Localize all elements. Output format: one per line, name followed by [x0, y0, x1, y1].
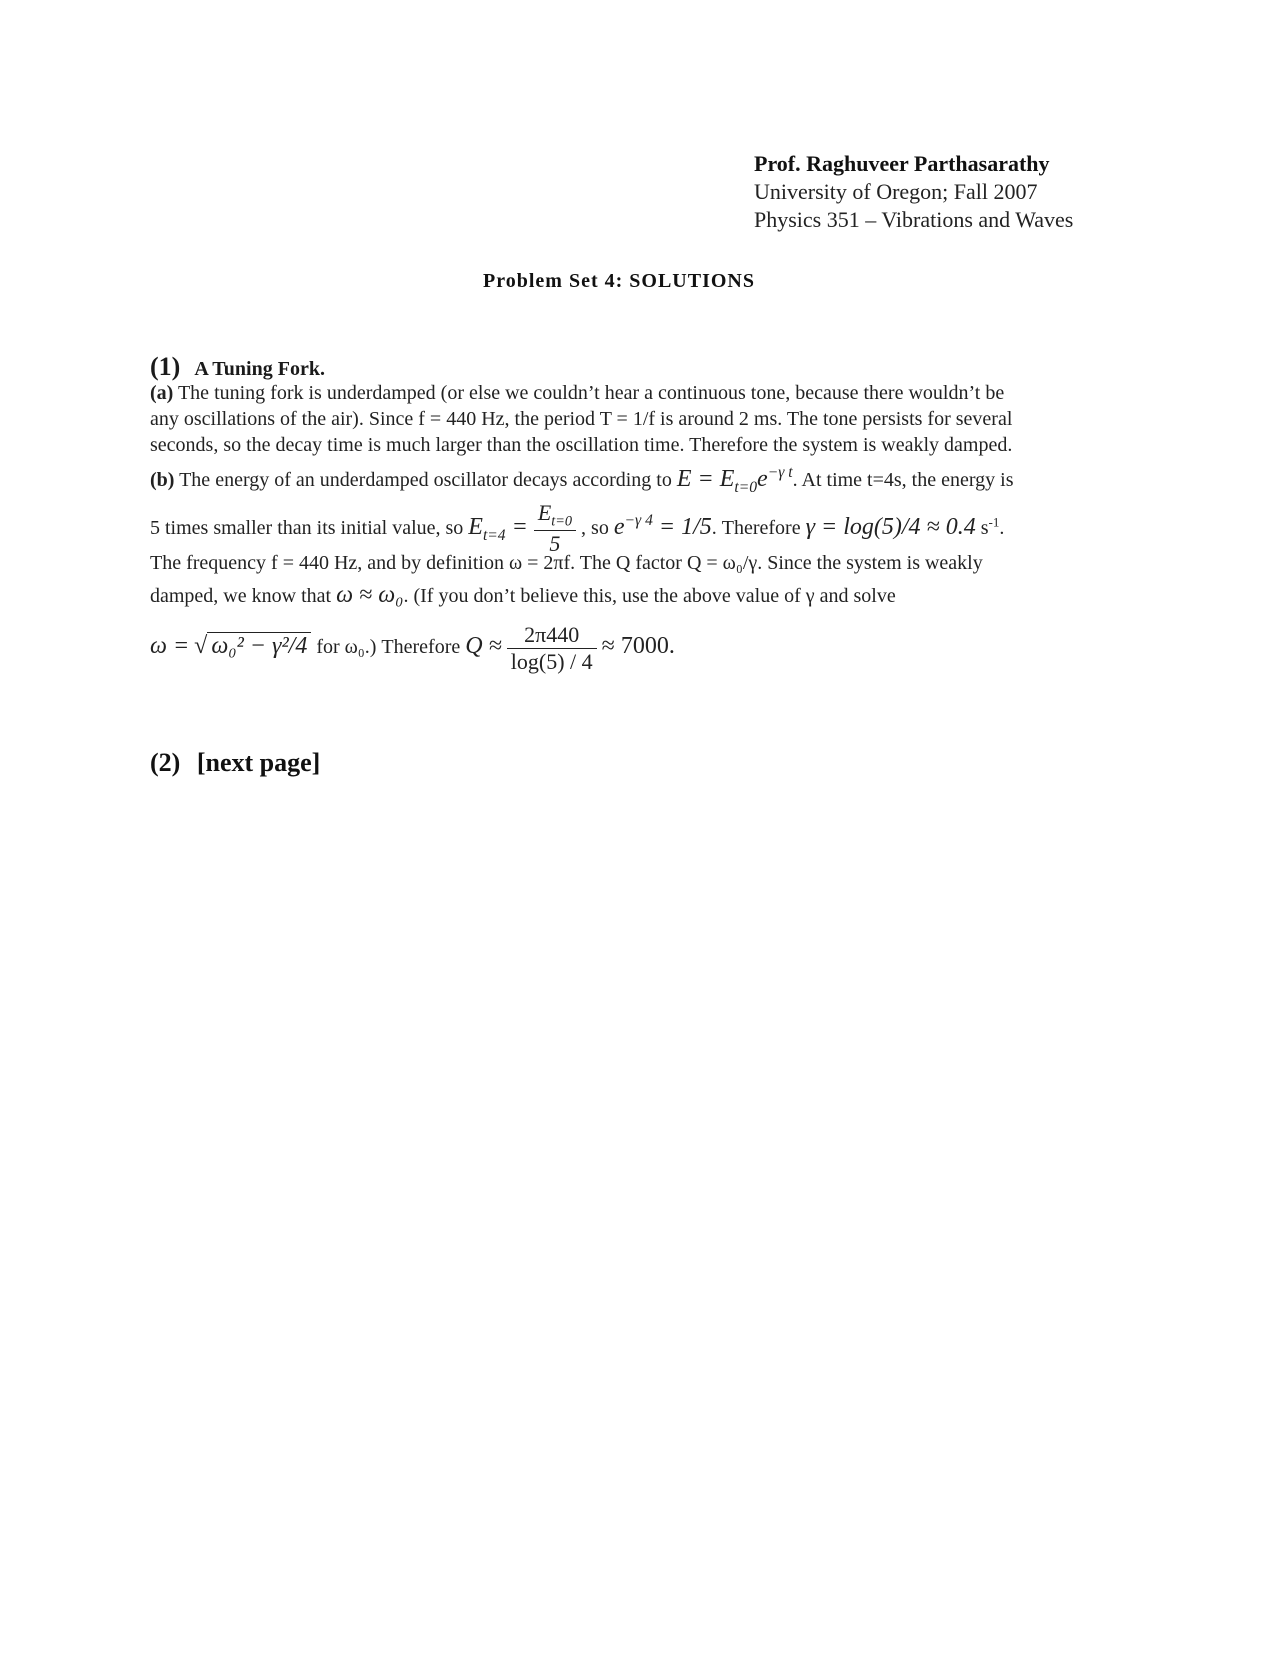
part-b-line-2: 5 times smaller than its initial value, …: [150, 500, 1004, 557]
omega-radicand: ω₀² − γ²/4: [207, 632, 311, 660]
part-b-text-1b: . At time t=4s, the energy is: [793, 469, 1014, 491]
part-b-line-1: (b) The energy of an underdamped oscilla…: [150, 464, 1014, 497]
part-b-text-4b: . (If you don’t believe this, use the ab…: [403, 585, 895, 607]
gamma-equation: γ = log(5)/4 ≈ 0.4: [806, 514, 976, 540]
problem-2-number: (2): [150, 748, 180, 777]
problem-2-text: [next page]: [197, 748, 320, 777]
part-a-line-1: (a) The tuning fork is underdamped (or e…: [150, 382, 1004, 405]
institution: University of Oregon; Fall 2007: [754, 178, 1073, 206]
part-b-text-5: for ω₀.) Therefore: [316, 636, 460, 658]
part-b-text-2b: , so: [581, 517, 609, 539]
part-b-text-2c: . Therefore: [712, 517, 801, 539]
exponential-equation: e−γ 4 = 1/5: [614, 514, 712, 540]
part-b-line-4: damped, we know that ω ≈ ω₀. (If you don…: [150, 582, 896, 609]
part-a-text-1: The tuning fork is underdamped (or else …: [178, 382, 1004, 404]
part-b-text-4: damped, we know that: [150, 585, 331, 607]
problem-1-heading: (1) A Tuning Fork.: [150, 352, 325, 382]
problem-1-number: (1): [150, 352, 180, 381]
gamma-unit: s-1.: [981, 517, 1005, 539]
part-a-line-2: any oscillations of the air). Since f = …: [150, 408, 1012, 431]
omega-lhs: ω =: [150, 633, 189, 659]
problem-1-title: A Tuning Fork.: [194, 358, 325, 380]
part-b-line-5: ω = √ω₀² − γ²/4 for ω₀.) Therefore Q ≈ 2…: [150, 622, 675, 675]
part-b-label: (b): [150, 469, 174, 491]
part-b-line-3: The frequency f = 440 Hz, and by definit…: [150, 552, 983, 575]
page-title: Problem Set 4: SOLUTIONS: [483, 270, 755, 293]
course-name: Physics 351 – Vibrations and Waves: [754, 206, 1073, 234]
document-header: Prof. Raghuveer Parthasarathy University…: [754, 150, 1073, 234]
part-a-line-3: seconds, so the decay time is much large…: [150, 434, 1012, 457]
author-name: Prof. Raghuveer Parthasarathy: [754, 150, 1073, 178]
part-b-text-1: The energy of an underdamped oscillator …: [179, 469, 672, 491]
q-fraction: 2π440log(5) / 4: [507, 622, 597, 675]
omega-approx-equation: ω ≈ ω₀: [336, 582, 403, 608]
sqrt-icon: √: [194, 633, 207, 659]
energy-at-t4-equation: Et=4 = Et=05: [468, 514, 576, 540]
q-lhs: Q ≈: [465, 633, 502, 659]
part-b-text-2: 5 times smaller than its initial value, …: [150, 517, 463, 539]
problem-2-heading: (2) [next page]: [150, 748, 320, 778]
part-a-label: (a): [150, 382, 173, 404]
energy-decay-equation: E = Et=0e−γ t: [677, 466, 793, 492]
q-result: ≈ 7000.: [602, 633, 675, 659]
